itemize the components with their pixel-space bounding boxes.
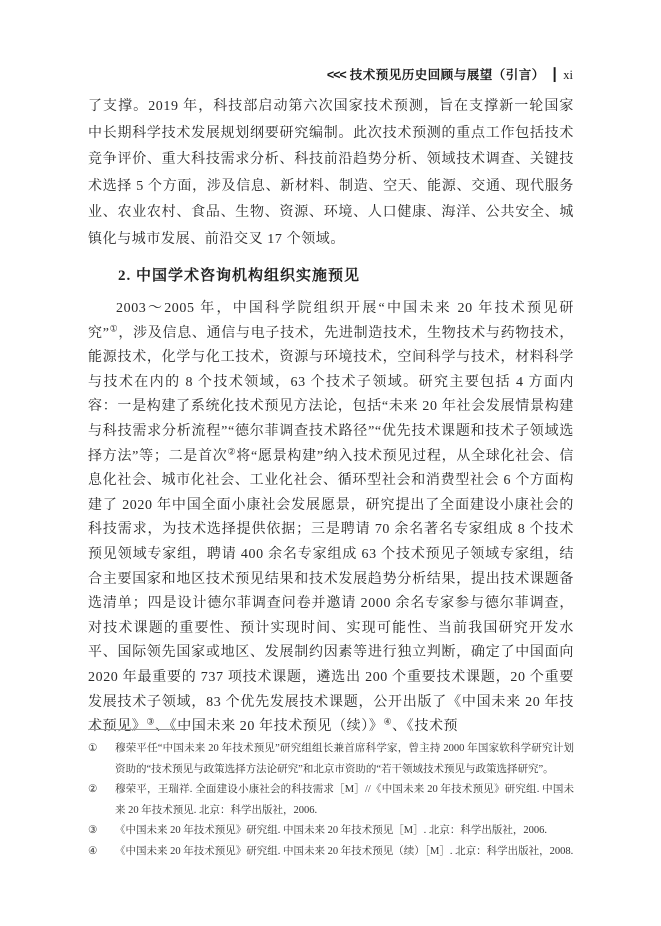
page-number: xi: [563, 68, 573, 82]
footnote-marker: ④: [88, 842, 115, 863]
footnote-text: 《中国未来 20 年技术预见》研究组. 中国未来 20 年技术预见［M］. 北京…: [115, 821, 574, 842]
section-heading: 2. 中国学术咨询机构组织实施预见: [88, 264, 574, 285]
footnote-ref-2: ②: [227, 446, 236, 456]
document-page: <<<技术预见历史回顾与展望（引言）┃xi 了支撑。2019 年，科技部启动第六…: [0, 0, 661, 926]
paragraph-1: 了支撑。2019 年，科技部启动第六次国家技术预测，旨在支撑新一轮国家中长期科学…: [88, 94, 574, 253]
footnote-text: 穆荣平，王瑞祥. 全面建设小康社会的科技需求［M］//《中国未来 20 年技术预…: [115, 780, 574, 821]
header-separator-bar: ┃: [551, 68, 559, 82]
footnote-marker: ①: [88, 739, 115, 760]
footnote-marker: ②: [88, 780, 115, 801]
footnote-text: 《中国未来 20 年技术预见》研究组. 中国未来 20 年技术预见（续）［M］.…: [115, 842, 574, 863]
footnote-item-1: ① 穆荣平任“中国未来 20 年技术预见”研究组组长兼首席科学家，曾主持 200…: [88, 739, 574, 780]
page-body: 了支撑。2019 年，科技部启动第六次国家技术预测，旨在支撑新一轮国家中长期科学…: [88, 94, 574, 740]
footnotes-section: ① 穆荣平任“中国未来 20 年技术预见”研究组组长兼首席科学家，曾主持 200…: [88, 729, 574, 862]
footnote-text: 穆荣平任“中国未来 20 年技术预见”研究组组长兼首席科学家，曾主持 2000 …: [115, 739, 574, 780]
footnote-ref-3: ③: [146, 716, 155, 726]
page-header: <<<技术预见历史回顾与展望（引言）┃xi: [327, 66, 573, 84]
footnote-item-3: ③ 《中国未来 20 年技术预见》研究组. 中国未来 20 年技术预见［M］. …: [88, 821, 574, 842]
footnote-ref-4: ④: [383, 716, 392, 726]
footnote-item-4: ④ 《中国未来 20 年技术预见》研究组. 中国未来 20 年技术预见（续）［M…: [88, 842, 574, 863]
paragraph-2-text: ，涉及信息、通信与电子技术，先进制造技术，生物技术与药物技术，能源技术，化学与化…: [88, 326, 574, 464]
header-title: 技术预见历史回顾与展望（引言）: [350, 68, 545, 82]
footnote-item-2: ② 穆荣平，王瑞祥. 全面建设小康社会的科技需求［M］//《中国未来 20 年技…: [88, 780, 574, 821]
header-angle-marks: <<<: [327, 68, 346, 82]
paragraph-2-text: 将“愿景构建”纳入技术预见过程，从全球化社会、信息化社会、城市化社会、工业化社会…: [88, 449, 574, 735]
footnote-marker: ③: [88, 821, 115, 842]
footnote-separator-rule: [88, 729, 188, 730]
paragraph-2: 2003～2005 年，中国科学院组织开展“中国未来 20 年技术预见研究”①，…: [88, 297, 574, 740]
